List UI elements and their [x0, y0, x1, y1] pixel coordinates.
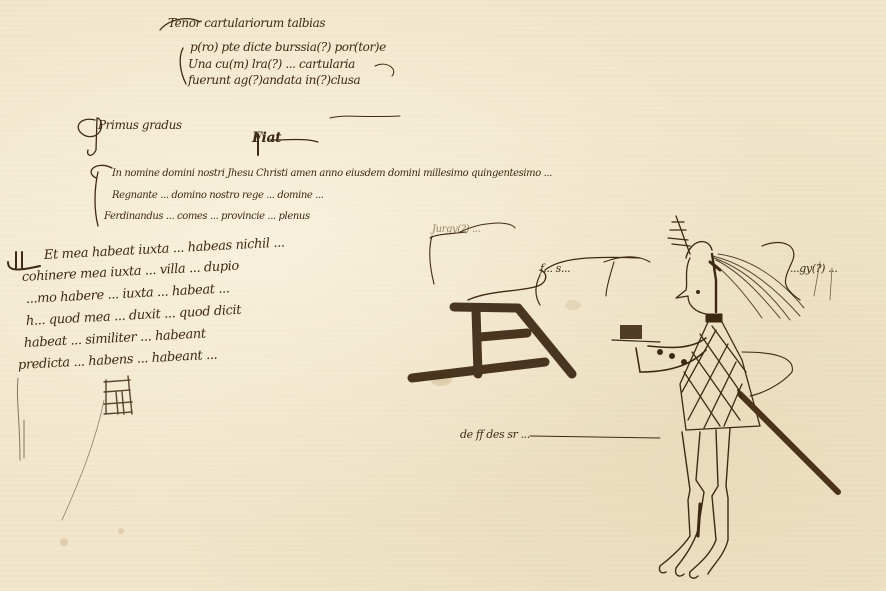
manuscript-page: Tenor cartulariorum talbias p(ro) pte di… [0, 0, 886, 591]
ink-drawings [0, 0, 886, 591]
